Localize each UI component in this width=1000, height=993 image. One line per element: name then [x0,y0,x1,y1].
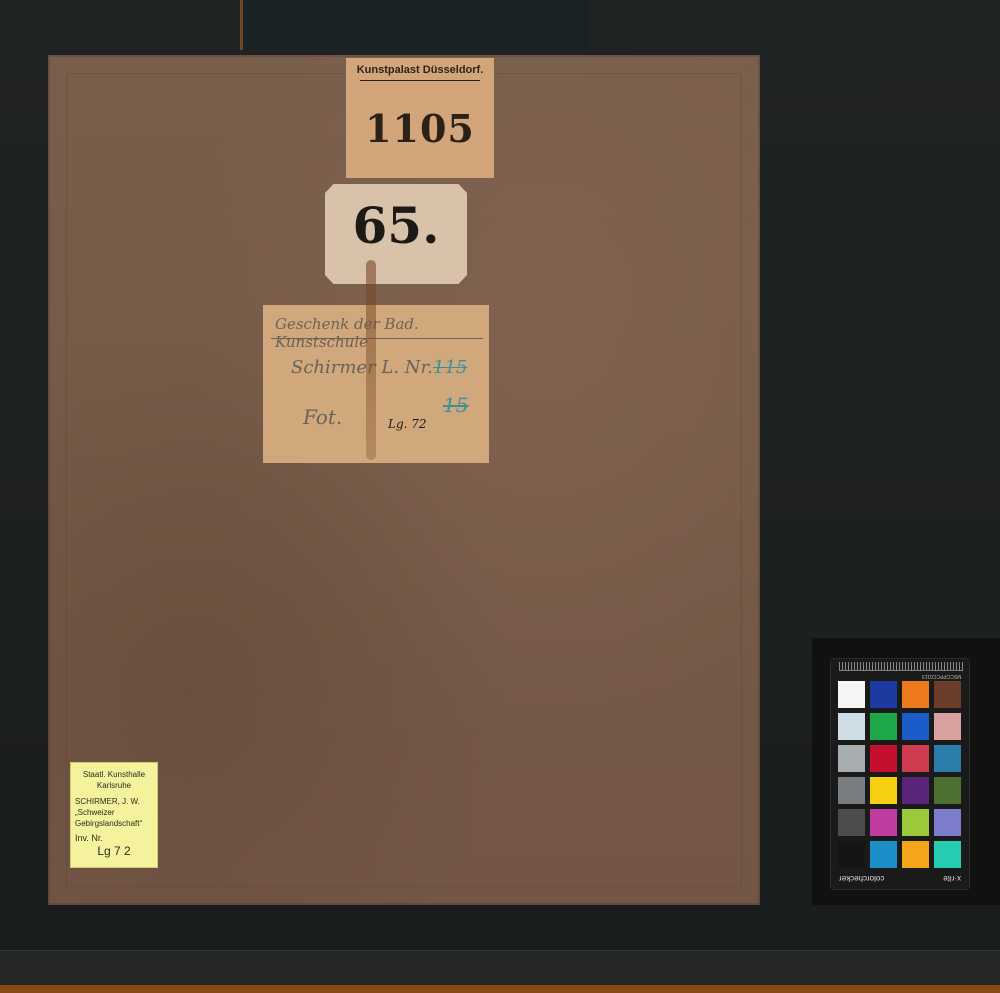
checker-serial: MSCCPPCC0113 [922,673,961,679]
checker-brand: x·rite colorchecker [839,871,961,883]
color-patch [902,809,929,836]
color-patch [934,777,961,804]
color-patch [902,841,929,868]
kunstpalast-underline [360,80,480,81]
color-patch [838,713,865,740]
color-patch [934,745,961,772]
artwork-title-1: „Schweizer [75,807,153,818]
kunstpalast-label: Kunstpalast Düsseldorf. 1105 [346,58,494,178]
artist-name: SCHIRMER, J. W. [75,796,153,807]
handwritten-lg-number: Lg. 72 [388,417,427,431]
handwritten-underline [271,338,483,339]
color-patch [870,745,897,772]
inventory-number-label: Inv. Nr. [75,833,153,844]
color-patch [838,841,865,868]
painting-frame-top [240,0,588,50]
institution-line-1: Staatl. Kunsthalle [75,769,153,780]
handwritten-old-number: 115 [433,357,467,378]
checker-ruler [839,662,963,671]
artwork-title-2: Gebirgslandschaft“ [75,818,153,829]
color-patch [870,809,897,836]
color-patch [902,713,929,740]
color-patch [934,809,961,836]
color-patch [870,681,897,708]
color-patch [870,777,897,804]
floor-edge [0,985,1000,993]
color-patch [902,745,929,772]
number-65-text: 65. [325,196,467,255]
handwritten-label: Geschenk der Bad. Kunstschule Schirmer L… [263,305,489,463]
color-patch [838,745,865,772]
color-patch [838,809,865,836]
color-patch-grid [838,681,961,868]
color-patch [934,713,961,740]
inventory-label: Staatl. Kunsthalle Karlsruhe SCHIRMER, J… [70,762,158,868]
number-65-label: 65. [325,184,467,284]
color-checker: MSCCPPCC0113 x·rite colorchecker [830,658,970,890]
handwritten-line-1: Geschenk der Bad. Kunstschule [275,315,489,351]
color-patch [838,681,865,708]
color-patch [838,777,865,804]
checker-product-name: colorchecker [839,871,884,883]
color-patch [902,777,929,804]
color-patch [934,681,961,708]
inventory-number: Lg 7 2 [75,846,153,857]
shelf-ledge [0,905,1000,950]
kunstpalast-title: Kunstpalast Düsseldorf. [346,64,494,76]
handwritten-crossed-number: 15 [443,393,468,417]
institution-line-2: Karlsruhe [75,780,153,791]
color-patch [934,841,961,868]
water-stain [366,260,376,460]
color-patch [870,713,897,740]
handwritten-line-2: Schirmer L. Nr. [291,357,433,378]
color-patch [870,841,897,868]
kunstpalast-number: 1105 [346,106,494,151]
color-patch [902,681,929,708]
handwritten-fot: Fot. [303,405,342,429]
shelf-base [0,950,1000,986]
checker-brand-name: x·rite [943,871,961,883]
